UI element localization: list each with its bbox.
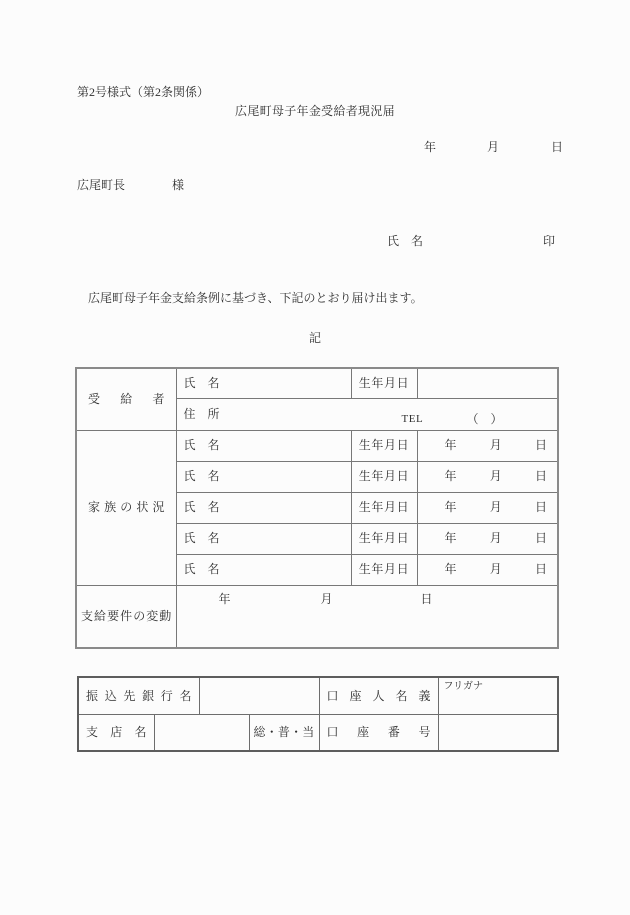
account-holder-furigana-cell: フリガナ <box>438 677 558 714</box>
day-label: 日 <box>421 592 433 606</box>
family-member-birthdate-label-cell: 生年月日 <box>351 430 417 461</box>
family-member-birthdate-label-cell: 生年月日 <box>351 523 417 554</box>
family-member-birthdate-label-cell: 生年月日 <box>351 461 417 492</box>
month-label: 月 <box>321 592 333 606</box>
year-label: 年 <box>445 562 457 576</box>
family-member-birthdate-value-cell: 年 月 日 <box>417 430 558 461</box>
bank-name-value-cell <box>199 677 319 714</box>
family-member-name-cell: 氏 名 <box>176 554 351 585</box>
form-page: 第2号様式（第2条関係） 広尾町母子年金受給者現況届 年 月 日 広尾町長 様 … <box>0 0 630 915</box>
year-label: 年 <box>445 500 457 514</box>
recipient-family-table: 受 給 者 氏 名 生年月日 住 所 TEL （ ） 家 族 の 状 況 氏 名… <box>75 367 559 649</box>
account-number-label-cell: 口 座 番 号 <box>319 714 438 751</box>
year-label: 年 <box>219 592 231 606</box>
declaration-text: 広尾町母子年金支給条例に基づき、下記のとおり届け出ます。 <box>88 291 423 305</box>
family-member-birthdate-value-cell: 年 月 日 <box>417 492 558 523</box>
change-section-label-cell: 支給要件の変動 <box>76 585 176 648</box>
account-holder-label-cell: 口 座 人 名 義 <box>319 677 438 714</box>
signer-seal-label: 印 <box>543 234 555 248</box>
family-member-name-cell: 氏 名 <box>176 523 351 554</box>
year-label: 年 <box>445 531 457 545</box>
family-member-name-cell: 氏 名 <box>176 461 351 492</box>
tel-parentheses: （ ） <box>467 412 503 426</box>
signer-name-label: 氏 名 <box>387 234 423 248</box>
record-marker: 記 <box>0 331 630 345</box>
form-title: 広尾町母子年金受給者現況届 <box>0 104 630 118</box>
addressee-honorific: 様 <box>172 178 184 192</box>
recipient-name-cell: 氏 名 <box>176 368 351 398</box>
day-label: 日 <box>535 469 547 483</box>
month-label: 月 <box>490 500 502 514</box>
branch-name-label-cell: 支 店 名 <box>78 714 154 751</box>
change-date-cell: 年 月 日 <box>176 585 558 648</box>
recipient-address-cell: 住 所 TEL （ ） <box>176 398 558 430</box>
family-member-name-cell: 氏 名 <box>176 492 351 523</box>
year-label: 年 <box>445 469 457 483</box>
family-member-birthdate-label-cell: 生年月日 <box>351 492 417 523</box>
addressee-line: 広尾町長 様 <box>77 178 184 192</box>
addressee-name: 広尾町長 <box>77 178 125 192</box>
month-label: 月 <box>490 531 502 545</box>
family-member-birthdate-label-cell: 生年月日 <box>351 554 417 585</box>
family-member-birthdate-value-cell: 年 月 日 <box>417 554 558 585</box>
address-label: 住 所 <box>184 407 220 421</box>
account-number-value-cell <box>438 714 558 751</box>
month-label: 月 <box>490 438 502 452</box>
report-date-day-label: 日 <box>551 140 563 154</box>
branch-name-value-cell <box>154 714 249 751</box>
account-type-cell: 総・普・当 <box>249 714 319 751</box>
bank-transfer-table: 振 込 先 銀 行 名 口 座 人 名 義 フリガナ 支 店 名 総・普・当 口… <box>77 676 559 752</box>
report-date-year-label: 年 <box>424 140 436 154</box>
day-label: 日 <box>535 531 547 545</box>
family-member-birthdate-value-cell: 年 月 日 <box>417 461 558 492</box>
year-label: 年 <box>445 438 457 452</box>
day-label: 日 <box>535 562 547 576</box>
day-label: 日 <box>535 500 547 514</box>
report-date-month-label: 月 <box>487 140 499 154</box>
month-label: 月 <box>490 469 502 483</box>
tel-label: TEL <box>402 413 424 426</box>
month-label: 月 <box>490 562 502 576</box>
family-section-label-cell: 家 族 の 状 況 <box>76 430 176 585</box>
bank-name-label-cell: 振 込 先 銀 行 名 <box>78 677 199 714</box>
day-label: 日 <box>535 438 547 452</box>
recipient-birthdate-label-cell: 生年月日 <box>351 368 417 398</box>
form-number: 第2号様式（第2条関係） <box>77 85 209 99</box>
family-member-name-cell: 氏 名 <box>176 430 351 461</box>
recipient-section-label-cell: 受 給 者 <box>76 368 176 430</box>
family-member-birthdate-value-cell: 年 月 日 <box>417 523 558 554</box>
recipient-birthdate-value-cell <box>417 368 558 398</box>
